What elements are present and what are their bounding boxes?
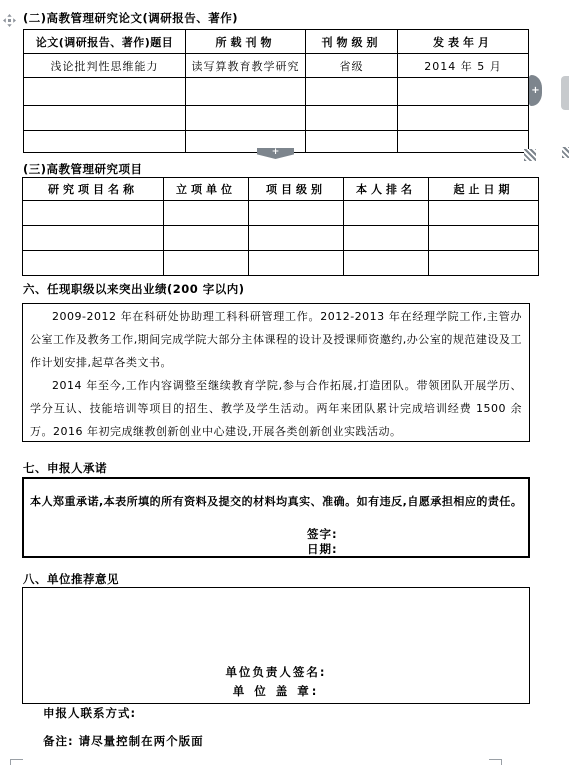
achievements-box[interactable]: 2009-2012 年在科研处协助理工科科研管理工作。2012-2013 年在经… xyxy=(22,303,530,442)
table-move-handle[interactable] xyxy=(3,12,16,25)
table-cell[interactable] xyxy=(429,226,539,251)
table-cell[interactable] xyxy=(23,226,164,251)
plus-icon: + xyxy=(531,86,539,96)
table-cell[interactable] xyxy=(398,106,529,131)
table-cell[interactable] xyxy=(249,251,344,276)
table-cell[interactable] xyxy=(306,106,398,131)
section-7-heading: 七、申报人承诺 xyxy=(23,460,107,476)
applicant-contact-label: 申报人联系方式: xyxy=(43,705,136,721)
paper-journal-cell[interactable]: 读写算教育教学研究 xyxy=(186,54,306,78)
table-cell[interactable] xyxy=(398,131,529,153)
paper-title-cell[interactable]: 浅论批判性思维能力 xyxy=(24,54,186,78)
table-cell[interactable] xyxy=(24,78,186,106)
projects-col-header: 项目级别 xyxy=(249,178,344,201)
unit-leader-signature-label: 单位负责人签名: xyxy=(23,664,529,680)
table-cell[interactable] xyxy=(344,201,429,226)
table-cell[interactable] xyxy=(164,226,249,251)
signature-label: 签字: xyxy=(307,526,338,542)
remark-label: 备注: 请尽量控制在两个版面 xyxy=(43,733,204,749)
table-cell[interactable] xyxy=(24,131,186,153)
table-cell[interactable] xyxy=(429,201,539,226)
table-resize-grip-icon[interactable] xyxy=(524,149,536,161)
insert-column-button[interactable]: + xyxy=(529,75,542,106)
page-boundary-mark xyxy=(10,759,23,765)
achievements-paragraph: 2009-2012 年在科研处协助理工科科研管理工作。2012-2013 年在经… xyxy=(30,305,522,374)
section-6-heading: 六、任现职级以来突出业绩(200 字以内) xyxy=(23,281,245,297)
table-cell[interactable] xyxy=(306,131,398,153)
table-cell[interactable] xyxy=(306,78,398,106)
papers-col-header: 发表年月 xyxy=(398,30,529,54)
papers-col-header: 刊物级别 xyxy=(306,30,398,54)
table-cell[interactable] xyxy=(23,201,164,226)
table-cell[interactable] xyxy=(398,78,529,106)
papers-col-header: 所载刊物 xyxy=(186,30,306,54)
table-resize-grip-icon[interactable] xyxy=(562,147,569,158)
commitment-box[interactable]: 本人郑重承诺,本表所填的所有资料及提交的材料均真实、准确。如有违反,自愿承担相应… xyxy=(22,477,530,558)
commitment-statement: 本人郑重承诺,本表所填的所有资料及提交的材料均真实、准确。如有违反,自愿承担相应… xyxy=(30,493,524,509)
paper-level-cell[interactable]: 省级 xyxy=(306,54,398,78)
table-cell[interactable] xyxy=(429,251,539,276)
paper-date-cell[interactable]: 2014 年 5 月 xyxy=(398,54,529,78)
table-cell[interactable] xyxy=(344,251,429,276)
table-cell[interactable] xyxy=(164,201,249,226)
table-cell[interactable] xyxy=(344,226,429,251)
scrollbar-thumb[interactable] xyxy=(561,76,569,110)
section-2-heading: (二)高教管理研究论文(调研报告、著作) xyxy=(23,10,238,26)
move-icon xyxy=(3,14,16,27)
page-boundary-mark xyxy=(489,759,502,765)
table-cell[interactable] xyxy=(186,106,306,131)
papers-table: 论文(调研报告、著作)题目 所载刊物 刊物级别 发表年月 浅论批判性思维能力 读… xyxy=(23,29,529,153)
section-8-heading: 八、单位推荐意见 xyxy=(23,571,119,587)
projects-col-header: 本人排名 xyxy=(344,178,429,201)
table-cell[interactable] xyxy=(24,106,186,131)
section-3-heading: (三)高教管理研究项目 xyxy=(23,161,143,177)
projects-col-header: 起止日期 xyxy=(429,178,539,201)
document-page: (二)高教管理研究论文(调研报告、著作) 论文(调研报告、著作)题目 所载刊物 … xyxy=(0,0,569,765)
projects-col-header: 立项单位 xyxy=(164,178,249,201)
unit-seal-label: 单 位 盖 章: xyxy=(23,683,529,699)
table-cell[interactable] xyxy=(23,251,164,276)
recommendation-box[interactable]: 单位负责人签名: 单 位 盖 章: xyxy=(22,587,530,704)
papers-col-header: 论文(调研报告、著作)题目 xyxy=(24,30,186,54)
achievements-paragraph: 2014 年至今,工作内容调整至继续教育学院,参与合作拓展,打造团队。带领团队开… xyxy=(30,374,522,443)
insert-row-button[interactable]: + xyxy=(257,148,294,159)
date-label: 日期: xyxy=(307,541,338,557)
table-cell[interactable] xyxy=(186,78,306,106)
projects-table: 研究项目名称 立项单位 项目级别 本人排名 起止日期 xyxy=(22,177,539,276)
table-cell[interactable] xyxy=(249,226,344,251)
projects-col-header: 研究项目名称 xyxy=(23,178,164,201)
table-cell[interactable] xyxy=(164,251,249,276)
table-cell[interactable] xyxy=(249,201,344,226)
plus-icon: + xyxy=(272,147,280,157)
